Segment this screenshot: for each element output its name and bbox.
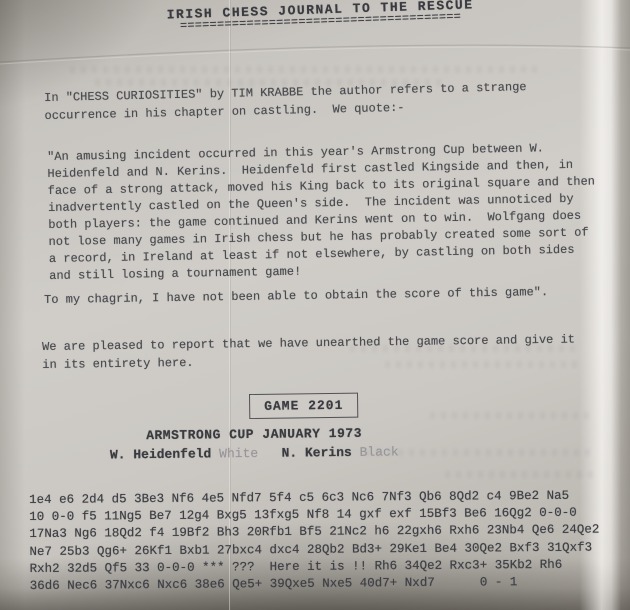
black-player-name: N. Kerins <box>281 445 351 461</box>
players-line: W. Heidenfeld White N. Kerins Black <box>58 444 450 463</box>
game-number-box: GAME 2201 <box>249 393 359 419</box>
black-label: Black <box>360 444 399 459</box>
bleed-through-smudge <box>445 471 595 478</box>
journal-masthead: IRISH CHESS JOURNAL TO THE RESCUE ======… <box>150 0 491 34</box>
event-title: ARMSTRONG CUP JANUARY 1973 <box>58 425 450 444</box>
bleed-through-smudge <box>430 412 595 419</box>
game-number-label: GAME 2201 <box>264 398 343 414</box>
event-heading: ARMSTRONG CUP JANUARY 1973 W. Heidenfeld… <box>58 425 450 463</box>
bleed-through-smudge <box>70 66 540 73</box>
game-score: 1e4 e6 2d4 d5 3Be3 Nf6 4e5 Nfd7 5f4 c5 6… <box>29 488 600 596</box>
white-label: White <box>219 446 258 461</box>
report-paragraph: We are pleased to report that we have un… <box>42 332 575 374</box>
game-box-border: GAME 2201 <box>249 393 359 419</box>
quote-paragraph: "An amusing incident occurred in this ye… <box>47 139 597 285</box>
scanned-page-photo: IRISH CHESS JOURNAL TO THE RESCUE ======… <box>0 0 630 610</box>
moves-line: 36d6 Nec6 37Nxc6 Nxc6 38e6 Qe5+ 39Qxe5 N… <box>30 574 600 596</box>
chagrin-line: To my chagrin, I have not been able to o… <box>44 284 548 309</box>
white-player-name: W. Heidenfeld <box>110 446 212 462</box>
chagrin-paragraph: To my chagrin, I have not been able to o… <box>44 284 548 309</box>
